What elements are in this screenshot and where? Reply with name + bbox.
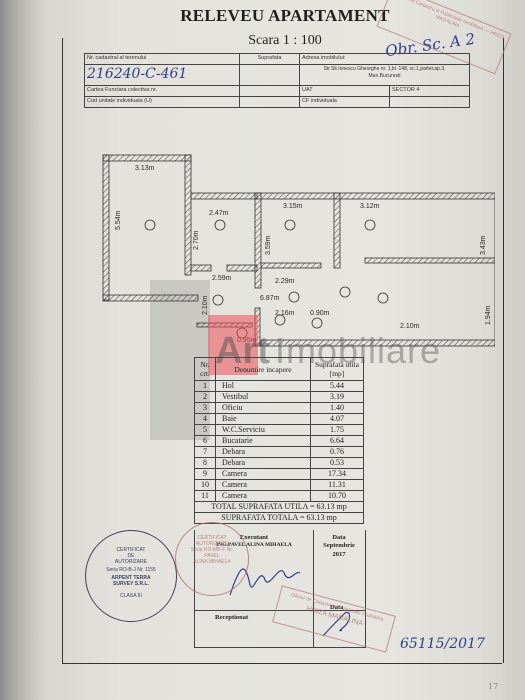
table-row: 4Baie4.07 [195, 414, 364, 425]
certificate-stamp: CERTIFICAT DE AUTORIZARE Seria RO-B-J Nr… [85, 530, 177, 622]
dim-3-43: 3.43m [480, 235, 487, 255]
dim-0-90: 0.90m [310, 310, 330, 317]
room-area: 0.76 [311, 447, 364, 458]
dim-2-29: 2.29m [275, 278, 295, 285]
room-area: 10.70 [311, 491, 364, 502]
suprafata-value [240, 65, 300, 86]
room-name: Hol [216, 381, 311, 392]
rooms-table-header: Nr. crt. Denumire incapere Suprafata uti… [195, 358, 364, 381]
room-name: Debara [216, 458, 311, 469]
room-name: Debara [216, 447, 311, 458]
room-marker-11 [365, 220, 375, 230]
dim-6-87: 6.87m [260, 295, 280, 302]
uat-value: SECTOR 4 [390, 86, 470, 97]
table-row: 8Debara0.53 [195, 458, 364, 469]
room-area: 17.34 [311, 469, 364, 480]
table-row: 7Debara0.76 [195, 447, 364, 458]
room-area: 6.64 [311, 436, 364, 447]
room-name: W.C.Serviciu [216, 425, 311, 436]
room-nr: 9 [195, 469, 216, 480]
room-marker-1 [213, 295, 223, 305]
dim-3-59: 3.59m [265, 235, 272, 255]
room-nr: 1 [195, 381, 216, 392]
room-nr: 8 [195, 458, 216, 469]
room-name: Baie [216, 414, 311, 425]
page-number: 17 [488, 682, 498, 691]
cert-line-3: AUTORIZARE [86, 559, 176, 565]
rooms-table-body: 1Hol5.442Vestibul3.193Oficiu1.404Baie4.0… [195, 381, 364, 502]
room-nr: 3 [195, 403, 216, 414]
document-title: RELEVEU APARTAMENT [170, 6, 400, 26]
table-row: 3Oficiu1.40 [195, 403, 364, 414]
header-table: Nr. cadastral al terenului Suprafata Adr… [84, 53, 470, 108]
data-year: 2017 [313, 551, 365, 558]
dim-1-94: 1.94m [485, 305, 492, 325]
dim-2-10: 2.10m [400, 323, 420, 330]
cod-unitate-label: Cod unitate individuala (U) [85, 97, 240, 108]
receptionat-label: Receptionat [215, 614, 248, 621]
dim-5-54: 5.54m [115, 210, 122, 230]
dim-3-13: 3.13m [135, 165, 155, 172]
header-area: Suprafata utila [mp] [311, 358, 364, 381]
room-marker-2 [289, 292, 299, 302]
address-line-1: Str.Slt.Ionescu Gheorghe nr. 1,bl. 148, … [302, 66, 467, 73]
table-row: 1Hol5.44 [195, 381, 364, 392]
dim-3-12: 3.12m [360, 203, 380, 210]
room-nr: 11 [195, 491, 216, 502]
total-utila: TOTAL SUPRAFATA UTILA = 63.13 mp [195, 502, 364, 513]
suprafata-label: Suprafata [240, 54, 300, 65]
cadastral-value: 216240-C-461 [85, 65, 240, 86]
room-nr: 10 [195, 480, 216, 491]
auth-line-5: ALINA MIHAELA [176, 559, 248, 565]
header-name: Denumire incapere [216, 358, 311, 381]
room-nr: 7 [195, 447, 216, 458]
address-line-2: Mun.Bucuresti [302, 73, 467, 80]
dim-2-16: 2.16m [275, 310, 295, 317]
room-nr: 4 [195, 414, 216, 425]
room-name: Oficiu [216, 403, 311, 414]
room-name: Camera [216, 480, 311, 491]
room-area: 11.31 [311, 480, 364, 491]
address-value: Str.Slt.Ionescu Gheorghe nr. 1,bl. 148, … [300, 65, 470, 86]
room-name: Vestibul [216, 392, 311, 403]
table-row: 11Camera10.70 [195, 491, 364, 502]
table-row: 5W.C.Serviciu1.75 [195, 425, 364, 436]
cadastral-label: Nr. cadastral al terenului [85, 54, 240, 65]
dim-2-59: 2.59m [212, 275, 232, 282]
room-marker-6 [215, 220, 225, 230]
carte-funciara-area [240, 86, 300, 97]
room-nr: 2 [195, 392, 216, 403]
room-area: 3.19 [311, 392, 364, 403]
header-nr: Nr. crt. [195, 358, 216, 381]
rooms-table: Nr. crt. Denumire incapere Suprafata uti… [194, 357, 364, 524]
table-row: 6Bucatarie6.64 [195, 436, 364, 447]
room-marker-9 [145, 220, 155, 230]
cf-label: CF individuala [300, 97, 390, 108]
document-scale: Scara 1 : 100 [170, 33, 400, 49]
room-area: 1.75 [311, 425, 364, 436]
cadastral-number: 216240-C-461 [87, 66, 187, 82]
dim-2-47: 2.47m [209, 210, 229, 217]
uat-label: UAT [300, 86, 390, 97]
room-name: Camera [216, 491, 311, 502]
room-name: Camera [216, 469, 311, 480]
room-nr: 6 [195, 436, 216, 447]
authorization-stamp: CERTIFICAT AUTORIZARE Seria RO-MB-F Nr. … [175, 522, 249, 596]
handwritten-registration-number: 65115/2017 [400, 636, 485, 652]
address-label: Adresa imobilului: [300, 54, 470, 65]
room-marker-3 [340, 287, 350, 297]
cert-line-7: CLASA III [86, 593, 176, 599]
cod-unitate-area [240, 97, 300, 108]
dim-3-15: 3.15m [283, 203, 303, 210]
room-nr: 5 [195, 425, 216, 436]
carte-funciara-label: Cartea Funciara colectiva nr. [85, 86, 240, 97]
room-area: 4.07 [311, 414, 364, 425]
data-label: Data [313, 534, 365, 541]
table-row: 10Camera11.31 [195, 480, 364, 491]
room-area: 1.40 [311, 403, 364, 414]
room-area: 5.44 [311, 381, 364, 392]
cert-line-6: SURVEY S.R.L. [86, 581, 176, 587]
total-utila-row: TOTAL SUPRAFATA UTILA = 63.13 mp [195, 502, 364, 513]
cert-line-4: Seria RO-B-J Nr. 1155 [86, 567, 176, 573]
room-marker-4 [378, 293, 388, 303]
document-frame-bottom [62, 663, 502, 664]
table-row: 2Vestibul3.19 [195, 392, 364, 403]
dim-2-70: 2.70m [193, 230, 200, 250]
room-marker-8 [312, 318, 322, 328]
room-marker-10 [285, 220, 295, 230]
table-row: 9Camera17.34 [195, 469, 364, 480]
cf-value [390, 97, 470, 108]
data-month: Septembrie [313, 542, 365, 549]
room-name: Bucatarie [216, 436, 311, 447]
room-area: 0.53 [311, 458, 364, 469]
